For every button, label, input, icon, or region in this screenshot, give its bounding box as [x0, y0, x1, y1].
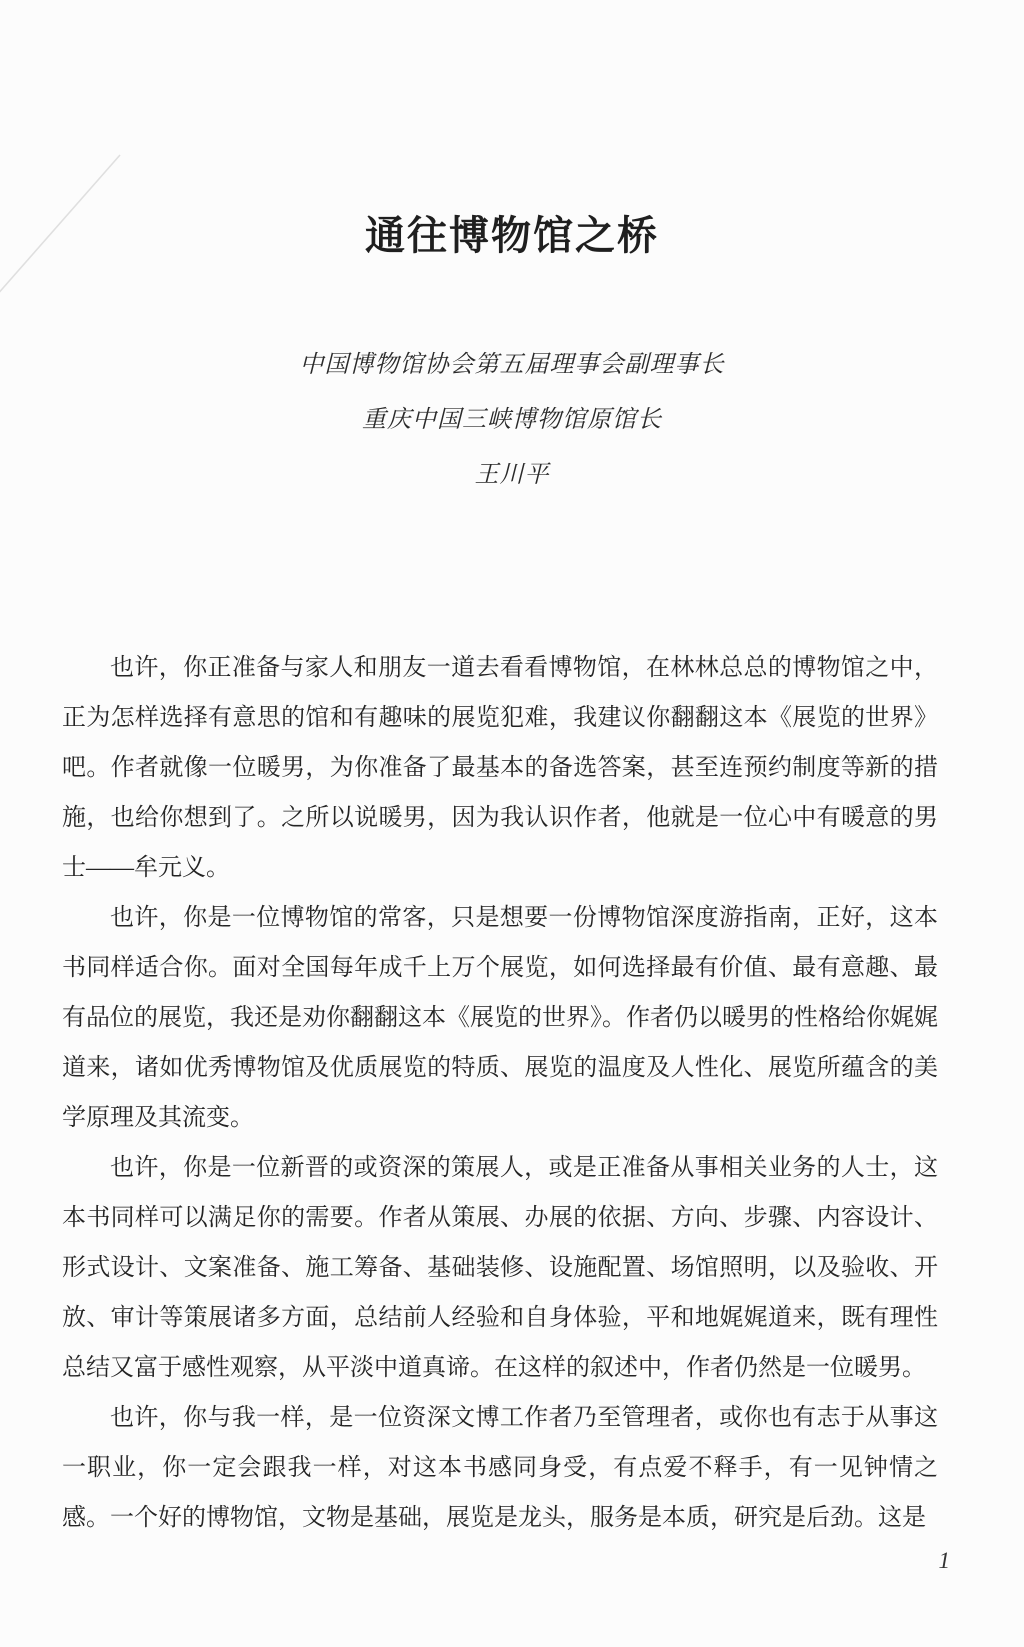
author-byline: 中国博物馆协会第五届理事会副理事长 重庆中国三峡博物馆原馆长 王川平: [0, 338, 1024, 503]
preface-body: 也许，你正准备与家人和朋友一道去看看博物馆，在林林总总的博物馆之中，正为怎样选择…: [0, 643, 1024, 1543]
paragraph-1: 也许，你正准备与家人和朋友一道去看看博物馆，在林林总总的博物馆之中，正为怎样选择…: [62, 643, 938, 893]
paragraph-4: 也许，你与我一样，是一位资深文博工作者乃至管理者，或你也有志于从事这一职业，你一…: [62, 1393, 938, 1543]
author-role-line-1: 中国博物馆协会第五届理事会副理事长: [0, 338, 1024, 393]
book-page: 通往博物馆之桥 中国博物馆协会第五届理事会副理事长 重庆中国三峡博物馆原馆长 王…: [0, 0, 1024, 1647]
paragraph-3: 也许，你是一位新晋的或资深的策展人，或是正准备从事相关业务的人士，这本书同样可以…: [62, 1143, 938, 1393]
author-name: 王川平: [0, 448, 1024, 503]
author-role-line-2: 重庆中国三峡博物馆原馆长: [0, 393, 1024, 448]
paragraph-2: 也许，你是一位博物馆的常客，只是想要一份博物馆深度游指南，正好，这本书同样适合你…: [62, 893, 938, 1143]
page-title: 通往博物馆之桥: [0, 0, 1024, 260]
page-number: 1: [939, 1548, 951, 1574]
